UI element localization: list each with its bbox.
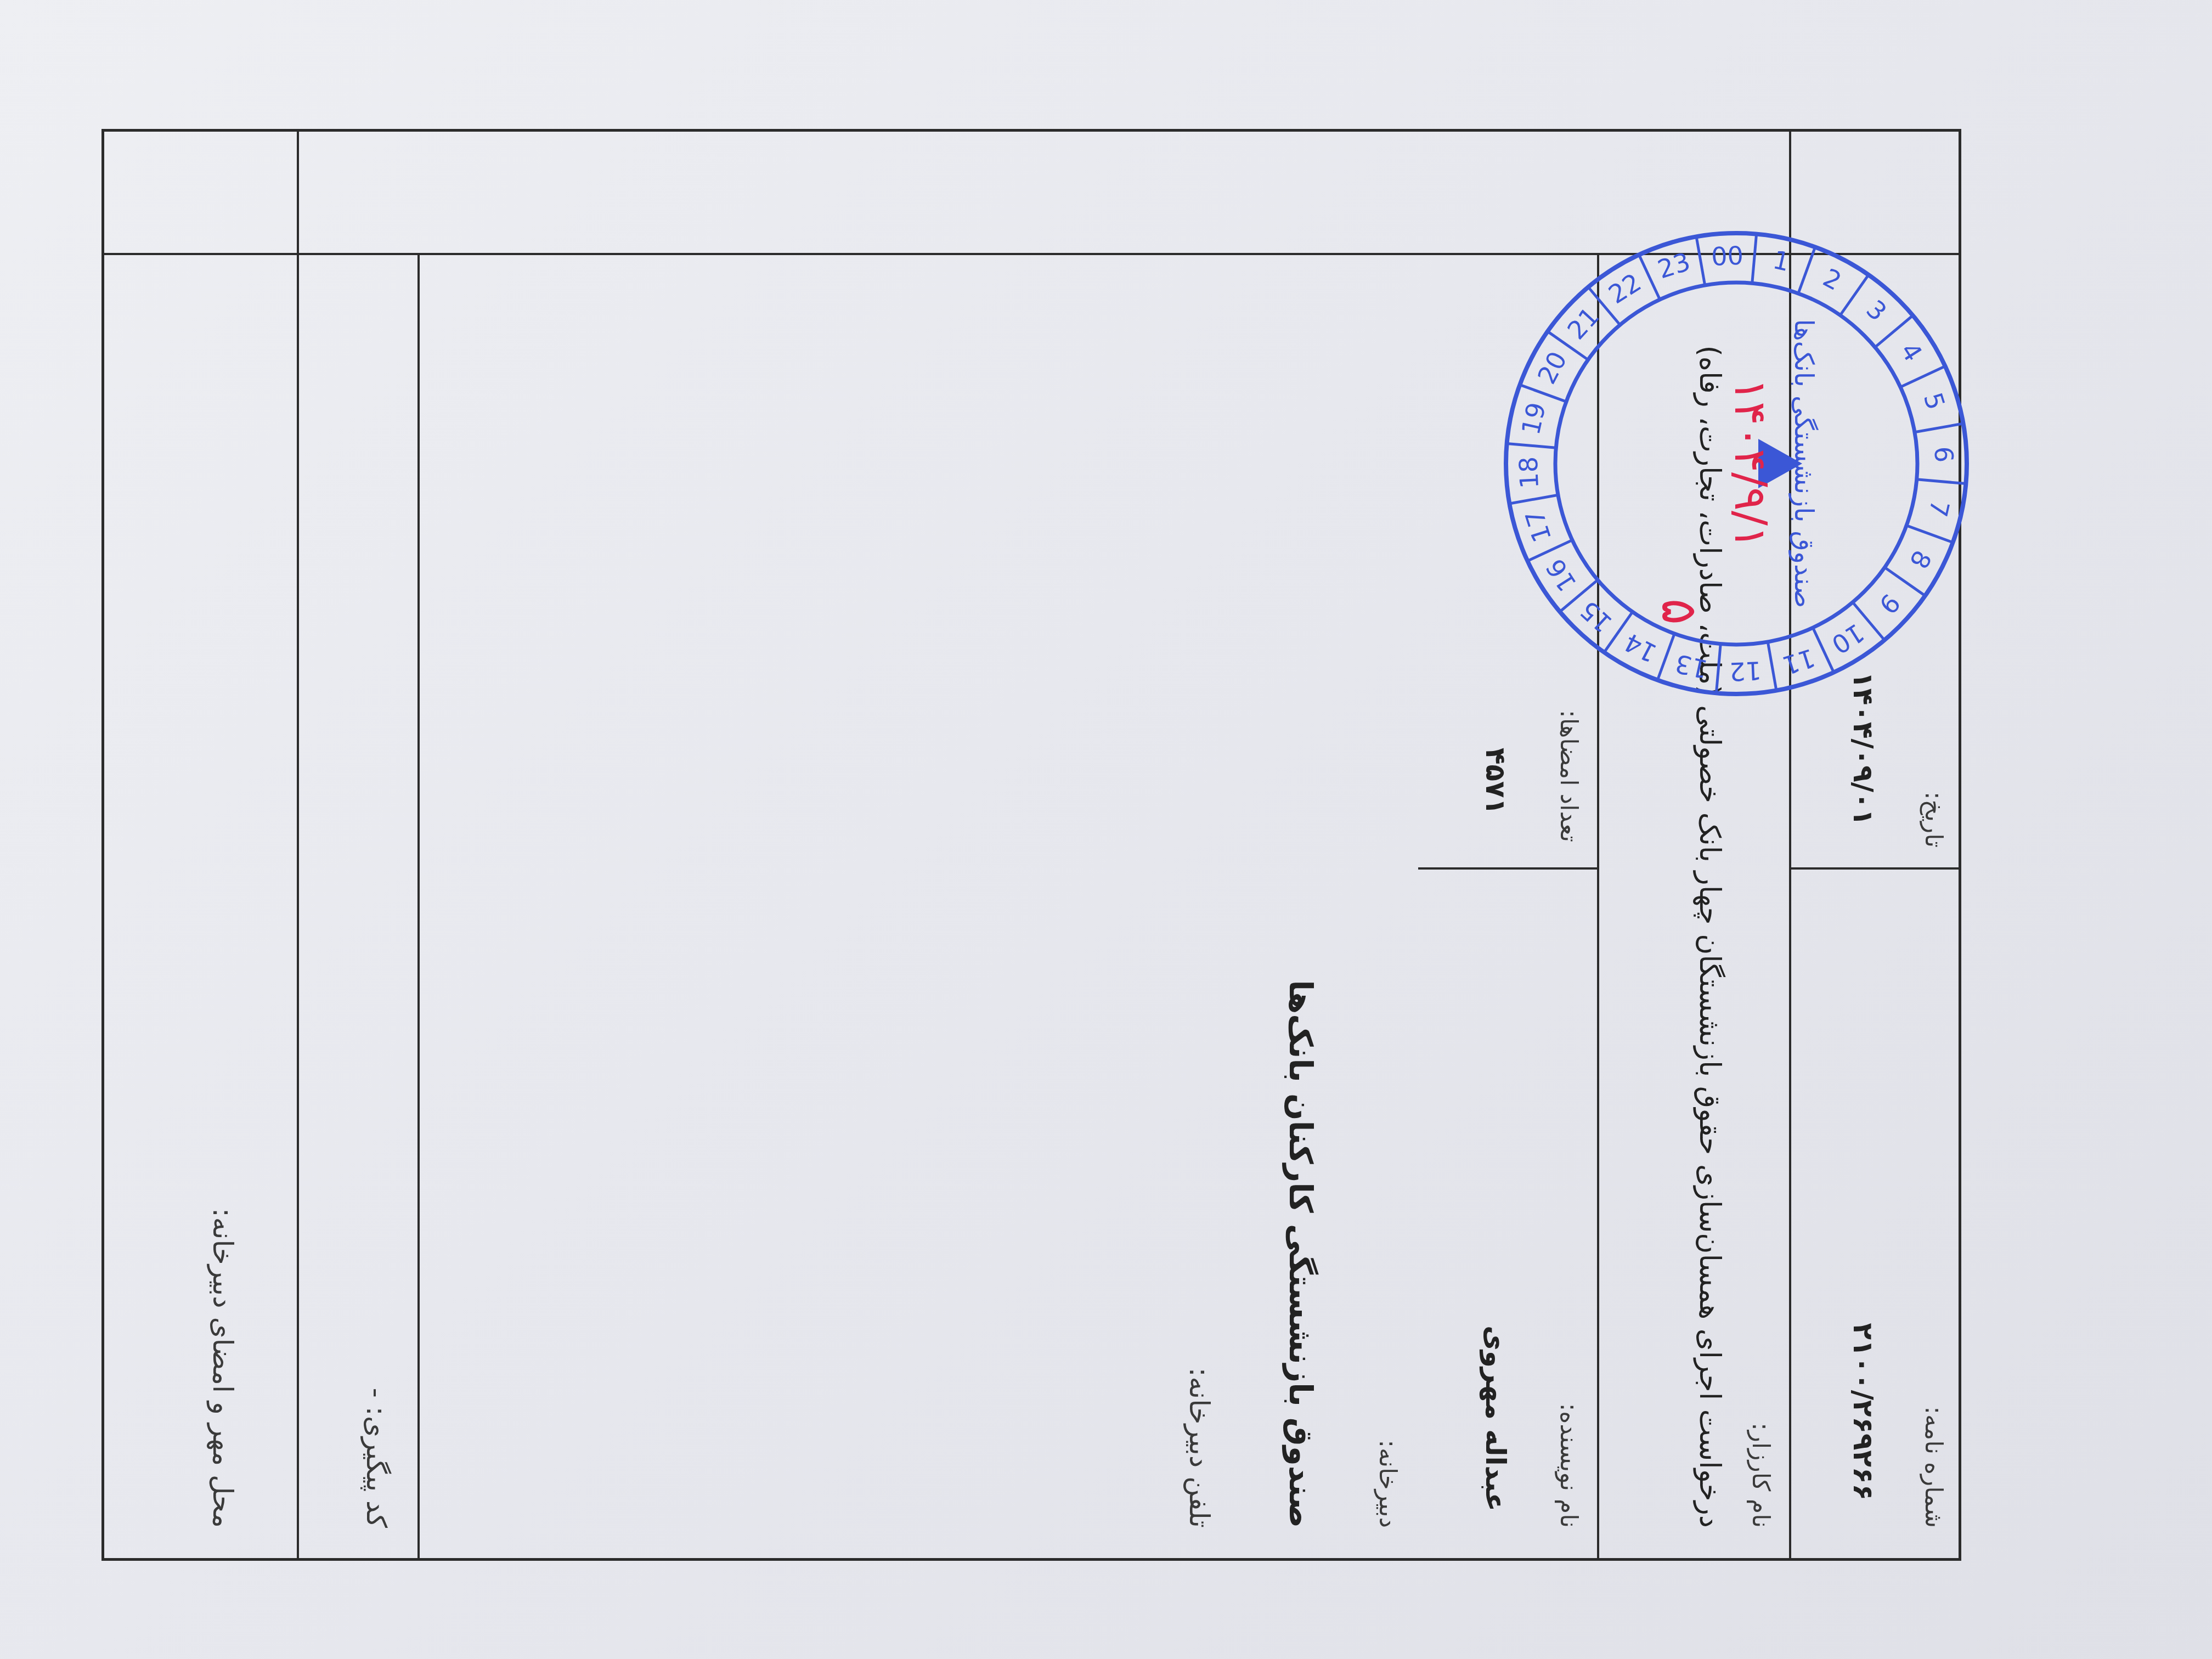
date-stamp: 001234567891011121314151617181920212223ص… [1489,217,1983,710]
svg-text:12: 12 [1729,656,1762,687]
svg-text:8: 8 [1904,545,1937,573]
secretariat-phone-label: تلفن دبیرخانه: [1183,1368,1215,1528]
svg-text:17: 17 [1519,506,1557,546]
row-divider [417,255,420,1561]
svg-text:11: 11 [1779,642,1819,680]
column-divider [1791,867,1961,870]
signatures-value: ۴۵۷۱ [1480,748,1511,815]
svg-text:۱۴۰۴/۹/۱: ۱۴۰۴/۹/۱ [1725,378,1776,549]
secretariat-label: دبیرخانه: [1374,1440,1402,1528]
svg-text:13: 13 [1673,648,1711,684]
secretariat-value: صندوق بازنشستگی کارکنان بانک‌ها [1282,980,1319,1528]
svg-text:۵: ۵ [1650,599,1708,625]
author-label: نام نویسنده: [1555,1403,1583,1528]
signatures-label: تعداد امضاها: [1555,710,1583,842]
tracking-code-label: کد پیگیری: - [360,1388,392,1528]
svg-text:5: 5 [1918,389,1951,413]
svg-text:4: 4 [1895,337,1928,367]
row-divider [297,129,299,1561]
employer-label: نام کارزار: [1747,1423,1775,1528]
svg-text:20: 20 [1532,347,1573,389]
letter-number-value: ۲۱۰۰/۲۶۹۲۶۶ [1847,1323,1879,1500]
svg-text:2: 2 [1818,263,1846,296]
svg-text:1: 1 [1770,245,1792,277]
svg-text:صندوق بازنشستگی بانک‌ها: صندوق بازنشستگی بانک‌ها [1788,319,1819,608]
svg-text:7: 7 [1923,498,1955,520]
svg-text:14: 14 [1620,627,1662,668]
svg-text:19: 19 [1516,400,1551,438]
date-label: تاریخ: [1920,792,1948,848]
svg-text:23: 23 [1654,246,1694,284]
svg-text:6: 6 [1929,446,1959,464]
svg-text:18: 18 [1514,456,1545,489]
svg-text:00: 00 [1711,241,1744,272]
column-divider [1418,867,1599,870]
author-value: عبداله مهروی [1480,1325,1511,1511]
svg-text:9: 9 [1873,588,1906,620]
letter-number-label: شماره نامه: [1920,1406,1948,1528]
svg-text:3: 3 [1861,294,1893,327]
seal-label: محل مهر و امضای دبیرخانه: [207,1208,239,1528]
stamp-graphic: 001234567891011121314151617181920212223ص… [1489,217,1983,710]
